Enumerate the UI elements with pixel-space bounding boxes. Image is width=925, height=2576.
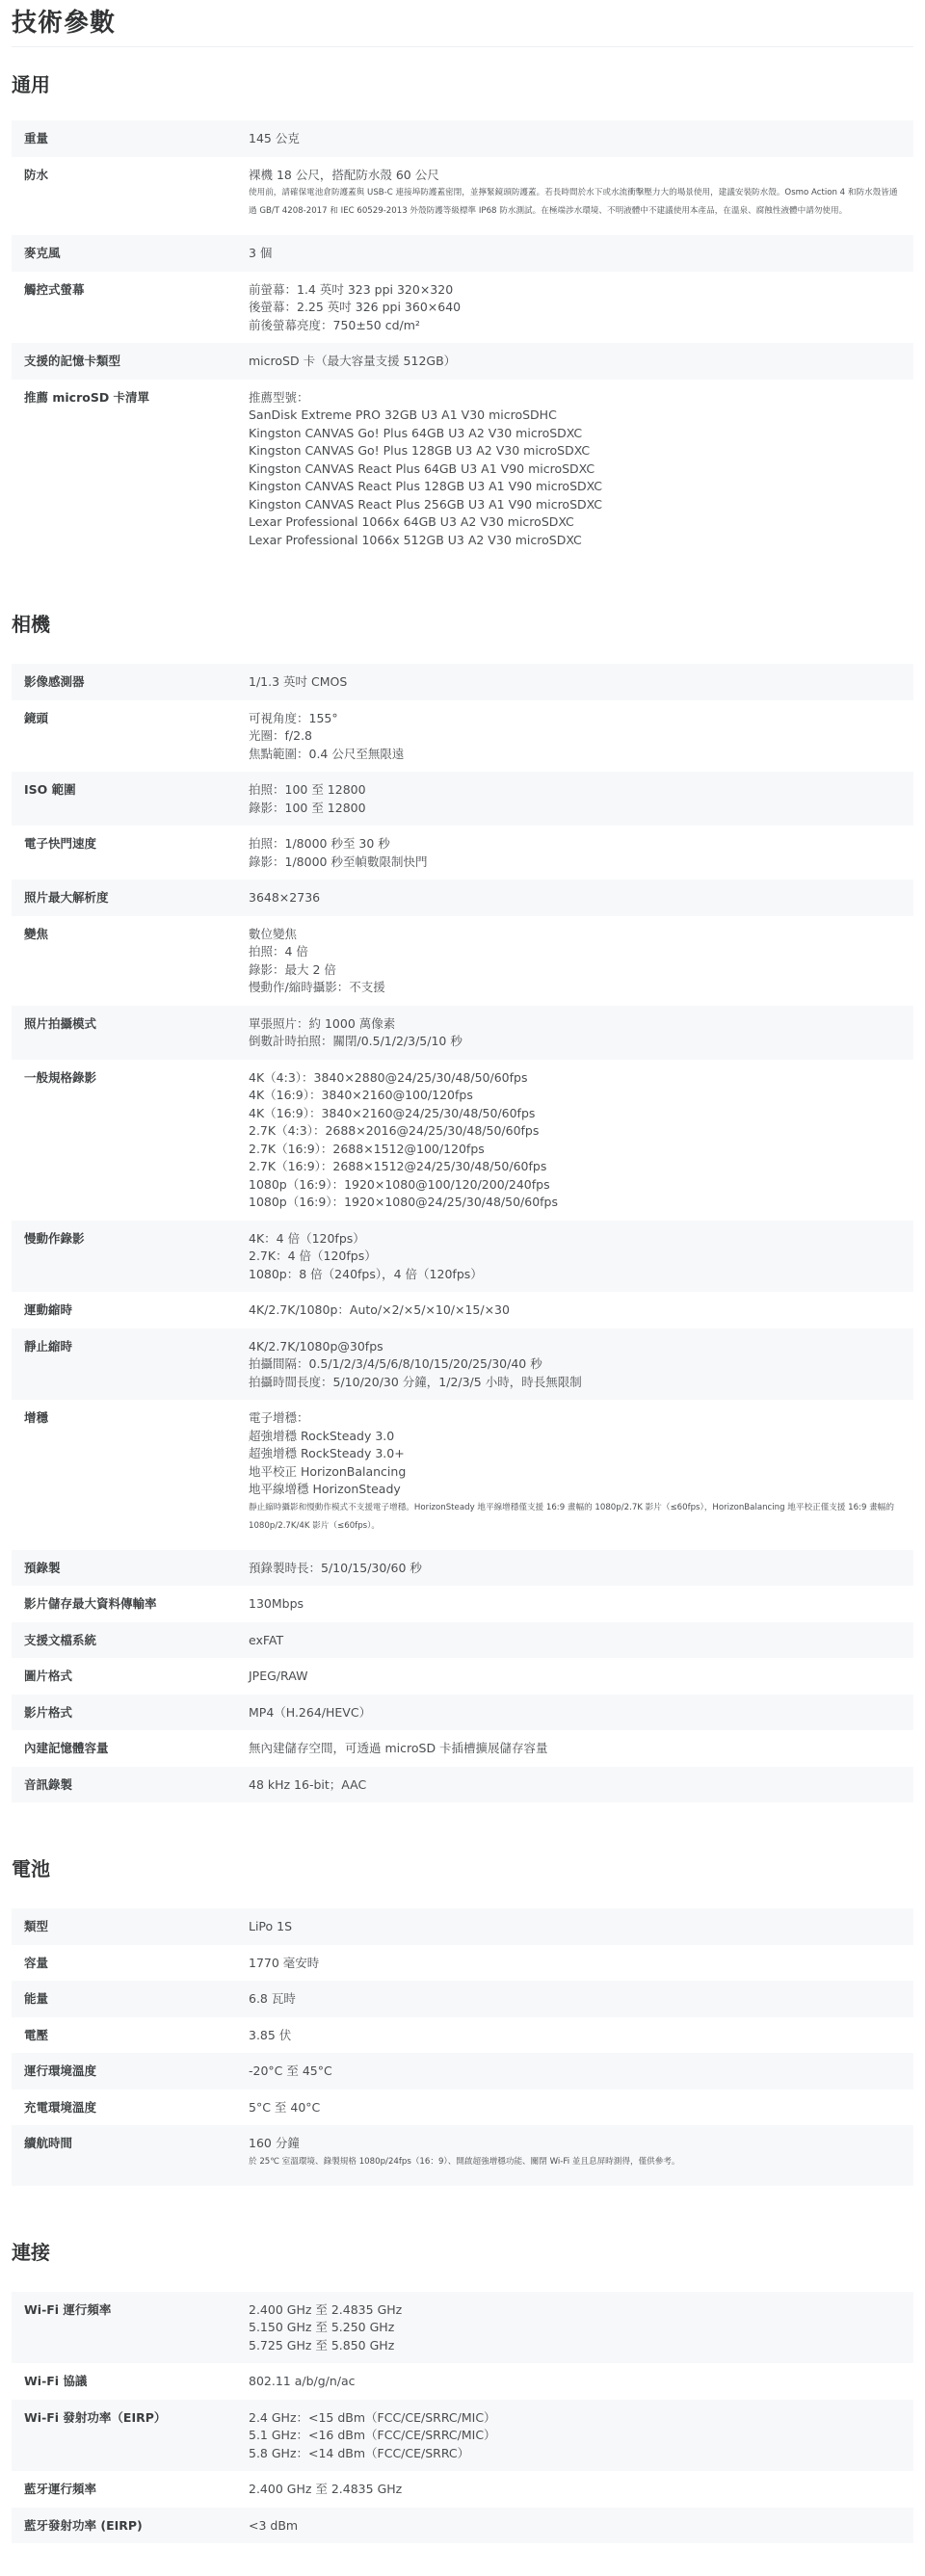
spec-values: 3 個	[249, 245, 913, 263]
spec-row: 靜止縮時 4K/2.7K/1080p@30fps拍攝間隔：0.5/1/2/3/4…	[12, 1328, 913, 1401]
spec-value-line: 130Mbps	[249, 1595, 898, 1614]
spec-row: 藍牙運行頻率 2.400 GHz 至 2.4835 GHz	[12, 2471, 913, 2508]
spec-table: 影像感測器 1/1.3 英吋 CMOS 鏡頭 可視角度：155°光圈：f/2.8…	[12, 664, 913, 1802]
spec-row: 觸控式螢幕 前螢幕：1.4 英吋 323 ppi 320×320後螢幕：2.25…	[12, 272, 913, 344]
spec-label: 圖片格式	[12, 1668, 249, 1686]
spec-label: Wi-Fi 運行頻率	[12, 2301, 249, 2355]
spec-row: 支援的記憶卡類型 microSD 卡（最大容量支援 512GB）	[12, 343, 913, 380]
spec-values: <3 dBm	[249, 2517, 913, 2536]
spec-row: 麥克風 3 個	[12, 235, 913, 272]
section-title: 通用	[12, 47, 913, 120]
spec-value-line: 2.4 GHz：<15 dBm（FCC/CE/SRRC/MIC）	[249, 2409, 898, 2428]
spec-footnote: 使用前，請確保電池倉防護蓋與 USB-C 連接埠防護蓋密閉，並擰緊鏡頭防護蓋。若…	[249, 184, 898, 226]
spec-value-line: 3648×2736	[249, 889, 898, 907]
spec-values: MP4（H.264/HEVC）	[249, 1704, 913, 1722]
spec-label: 藍牙發射功率 (EIRP)	[12, 2517, 249, 2536]
spec-section-connectivity: 連接 Wi-Fi 運行頻率 2.400 GHz 至 2.4835 GHz5.15…	[12, 2219, 913, 2544]
spec-value-line: 3 個	[249, 245, 898, 263]
spec-value-line: 錄影：100 至 12800	[249, 800, 898, 818]
spec-row: 影像感測器 1/1.3 英吋 CMOS	[12, 664, 913, 700]
spec-value-line: 拍照：100 至 12800	[249, 781, 898, 800]
spec-values: 1770 毫安時	[249, 1955, 913, 1973]
spec-value-line: 6.8 瓦時	[249, 1990, 898, 2009]
spec-value-line: 數位變焦	[249, 926, 898, 944]
spec-label: 靜止縮時	[12, 1338, 249, 1392]
spec-value-line: 2.7K（4:3）：2688×2016@24/25/30/48/50/60fps	[249, 1122, 898, 1141]
spec-label: 影片儲存最大資料傳輸率	[12, 1595, 249, 1614]
spec-values: 6.8 瓦時	[249, 1990, 913, 2009]
spec-value-line: 4K/2.7K/1080p：Auto/×2/×5/×10/×15/×30	[249, 1301, 898, 1320]
spec-values: 預錄製時長：5/10/15/30/60 秒	[249, 1560, 913, 1578]
spec-row: Wi-Fi 協議 802.11 a/b/g/n/ac	[12, 2363, 913, 2400]
spec-value-line: 地平校正 HorizonBalancing	[249, 1463, 898, 1482]
spec-row: 照片拍攝模式 單張照片：約 1000 萬像素倒數計時拍照：關閉/0.5/1/2/…	[12, 1006, 913, 1060]
spec-value-line: 拍照：1/8000 秒至 30 秒	[249, 835, 898, 854]
spec-value-line: 無內建儲存空間，可透過 microSD 卡插槽擴展儲存容量	[249, 1740, 898, 1758]
spec-values: 5°C 至 40°C	[249, 2099, 913, 2117]
spec-values: 裸機 18 公尺，搭配防水殼 60 公尺使用前，請確保電池倉防護蓋與 USB-C…	[249, 167, 913, 227]
spec-value-line: 預錄製時長：5/10/15/30/60 秒	[249, 1560, 898, 1578]
spec-values: 單張照片：約 1000 萬像素倒數計時拍照：關閉/0.5/1/2/3/5/10 …	[249, 1015, 913, 1051]
spec-values: 拍照：100 至 12800錄影：100 至 12800	[249, 781, 913, 817]
spec-value-line: Kingston CANVAS Go! Plus 128GB U3 A2 V30…	[249, 442, 898, 460]
spec-value-line: Lexar Professional 1066x 512GB U3 A2 V30…	[249, 532, 898, 550]
spec-value-line: 2.7K（16:9）：2688×1512@100/120fps	[249, 1141, 898, 1159]
spec-value-line: 48 kHz 16-bit；AAC	[249, 1776, 898, 1795]
spec-value-line: 電子增穩：	[249, 1409, 898, 1428]
spec-row: 支援文檔系統 exFAT	[12, 1622, 913, 1659]
spec-values: 4K/2.7K/1080p@30fps拍攝間隔：0.5/1/2/3/4/5/6/…	[249, 1338, 913, 1392]
spec-row: 充電環境溫度 5°C 至 40°C	[12, 2090, 913, 2126]
spec-label: 容量	[12, 1955, 249, 1973]
spec-value-line: Kingston CANVAS React Plus 128GB U3 A1 V…	[249, 478, 898, 496]
spec-value-line: 5.150 GHz 至 5.250 GHz	[249, 2319, 898, 2337]
spec-values: LiPo 1S	[249, 1918, 913, 1936]
spec-values: 4K（4:3）：3840×2880@24/25/30/48/50/60fps4K…	[249, 1069, 913, 1212]
spec-value-line: 4K/2.7K/1080p@30fps	[249, 1338, 898, 1356]
spec-row: 一般規格錄影 4K（4:3）：3840×2880@24/25/30/48/50/…	[12, 1060, 913, 1221]
spec-value-line: 1080p（16:9）：1920×1080@100/120/200/240fps	[249, 1176, 898, 1195]
spec-footnote: 於 25℃ 室溫環境、錄製規格 1080p/24fps（16：9）、開啟超強增穩…	[249, 2153, 898, 2177]
spec-value-line: -20°C 至 45°C	[249, 2063, 898, 2081]
spec-table: 重量 145 公克 防水 裸機 18 公尺，搭配防水殼 60 公尺使用前，請確保…	[12, 120, 913, 558]
spec-value-line: microSD 卡（最大容量支援 512GB）	[249, 353, 898, 371]
spec-row: 能量 6.8 瓦時	[12, 1981, 913, 2017]
spec-value-line: exFAT	[249, 1632, 898, 1650]
spec-page: 技術參數 通用 重量 145 公克 防水 裸機 18 公尺，搭配防水殼 60 公…	[0, 0, 925, 2543]
spec-row: 圖片格式 JPEG/RAW	[12, 1658, 913, 1695]
spec-row: 電壓 3.85 伏	[12, 2017, 913, 2054]
spec-values: 2.4 GHz：<15 dBm（FCC/CE/SRRC/MIC）5.1 GHz：…	[249, 2409, 913, 2463]
spec-row: 電子快門速度 拍照：1/8000 秒至 30 秒錄影：1/8000 秒至幀數限制…	[12, 826, 913, 880]
spec-label: 鏡頭	[12, 710, 249, 764]
spec-label: Wi-Fi 協議	[12, 2373, 249, 2391]
spec-value-line: 2.7K（16:9）：2688×1512@24/25/30/48/50/60fp…	[249, 1158, 898, 1176]
spec-value-line: 4K（16:9）：3840×2160@24/25/30/48/50/60fps	[249, 1105, 898, 1123]
spec-label: 照片拍攝模式	[12, 1015, 249, 1051]
spec-value-line: 拍攝間隔：0.5/1/2/3/4/5/6/8/10/15/20/25/30/40…	[249, 1355, 898, 1374]
spec-row: Wi-Fi 發射功率（EIRP） 2.4 GHz：<15 dBm（FCC/CE/…	[12, 2400, 913, 2472]
spec-value-line: 推薦型號：	[249, 389, 898, 407]
spec-row: 類型 LiPo 1S	[12, 1908, 913, 1945]
spec-value-line: <3 dBm	[249, 2517, 898, 2536]
spec-values: 拍照：1/8000 秒至 30 秒錄影：1/8000 秒至幀數限制快門	[249, 835, 913, 871]
spec-row: 藍牙發射功率 (EIRP) <3 dBm	[12, 2508, 913, 2544]
spec-value-line: 3.85 伏	[249, 2027, 898, 2045]
spec-value-line: 拍攝時間長度：5/10/20/30 分鐘，1/2/3/5 小時，時長無限制	[249, 1374, 898, 1392]
spec-label: 音訊錄製	[12, 1776, 249, 1795]
spec-row: 容量 1770 毫安時	[12, 1945, 913, 1982]
spec-value-line: 2.400 GHz 至 2.4835 GHz	[249, 2301, 898, 2320]
spec-value-line: MP4（H.264/HEVC）	[249, 1704, 898, 1722]
spec-label: 運行環境溫度	[12, 2063, 249, 2081]
spec-row: 變焦 數位變焦拍照：4 倍錄影：最大 2 倍慢動作/縮時攝影：不支援	[12, 916, 913, 1006]
spec-row: 防水 裸機 18 公尺，搭配防水殼 60 公尺使用前，請確保電池倉防護蓋與 US…	[12, 157, 913, 236]
spec-label: 慢動作錄影	[12, 1230, 249, 1284]
spec-values: 48 kHz 16-bit；AAC	[249, 1776, 913, 1795]
spec-values: 4K：4 倍（120fps）2.7K：4 倍（120fps）1080p：8 倍（…	[249, 1230, 913, 1284]
spec-label: 防水	[12, 167, 249, 227]
spec-label: 藍牙運行頻率	[12, 2481, 249, 2499]
spec-table: 類型 LiPo 1S 容量 1770 毫安時 能量 6.8 瓦時 電壓 3.85…	[12, 1908, 913, 2186]
spec-value-line: 1080p：8 倍（240fps），4 倍（120fps）	[249, 1266, 898, 1284]
spec-row: 影片儲存最大資料傳輸率 130Mbps	[12, 1586, 913, 1622]
spec-label: 影像感測器	[12, 673, 249, 692]
spec-section-camera: 相機 影像感測器 1/1.3 英吋 CMOS 鏡頭 可視角度：155°光圈：f/…	[12, 591, 913, 1802]
spec-value-line: 1/1.3 英吋 CMOS	[249, 673, 898, 692]
spec-label: 充電環境溫度	[12, 2099, 249, 2117]
spec-values: 2.400 GHz 至 2.4835 GHz	[249, 2481, 913, 2499]
spec-value-line: 單張照片：約 1000 萬像素	[249, 1015, 898, 1034]
spec-value-line: 4K：4 倍（120fps）	[249, 1230, 898, 1249]
spec-label: 電壓	[12, 2027, 249, 2045]
spec-value-line: 慢動作/縮時攝影：不支援	[249, 979, 898, 997]
spec-label: 支援的記憶卡類型	[12, 353, 249, 371]
spec-value-line: 錄影：最大 2 倍	[249, 961, 898, 980]
spec-label: ISO 範圍	[12, 781, 249, 817]
spec-values: 推薦型號：SanDisk Extreme PRO 32GB U3 A1 V30 …	[249, 389, 913, 550]
spec-label: 內建記憶體容量	[12, 1740, 249, 1758]
spec-value-line: 後螢幕：2.25 英吋 326 ppi 360×640	[249, 299, 898, 317]
spec-label: 類型	[12, 1918, 249, 1936]
spec-label: 預錄製	[12, 1560, 249, 1578]
spec-values: 160 分鐘於 25℃ 室溫環境、錄製規格 1080p/24fps（16：9）、…	[249, 2135, 913, 2177]
spec-value-line: 拍照：4 倍	[249, 943, 898, 961]
spec-row: Wi-Fi 運行頻率 2.400 GHz 至 2.4835 GHz5.150 G…	[12, 2292, 913, 2364]
spec-values: microSD 卡（最大容量支援 512GB）	[249, 353, 913, 371]
spec-values: JPEG/RAW	[249, 1668, 913, 1686]
spec-sections: 通用 重量 145 公克 防水 裸機 18 公尺，搭配防水殼 60 公尺使用前，…	[12, 47, 913, 2543]
spec-value-line: JPEG/RAW	[249, 1668, 898, 1686]
spec-row: 運行環境溫度 -20°C 至 45°C	[12, 2053, 913, 2090]
spec-row: 續航時間 160 分鐘於 25℃ 室溫環境、錄製規格 1080p/24fps（1…	[12, 2125, 913, 2186]
page-title: 技術參數	[12, 0, 913, 46]
spec-value-line: 4K（16:9）：3840×2160@100/120fps	[249, 1087, 898, 1105]
spec-value-line: 2.7K：4 倍（120fps）	[249, 1248, 898, 1266]
spec-label: 能量	[12, 1990, 249, 2009]
spec-row: 預錄製 預錄製時長：5/10/15/30/60 秒	[12, 1550, 913, 1587]
spec-values: 130Mbps	[249, 1595, 913, 1614]
spec-values: 3648×2736	[249, 889, 913, 907]
spec-row: 影片格式 MP4（H.264/HEVC）	[12, 1695, 913, 1731]
spec-value-line: 地平線增穩 HorizonSteady	[249, 1481, 898, 1499]
spec-value-line: 錄影：1/8000 秒至幀數限制快門	[249, 854, 898, 872]
spec-table: Wi-Fi 運行頻率 2.400 GHz 至 2.4835 GHz5.150 G…	[12, 2292, 913, 2544]
spec-label: 續航時間	[12, 2135, 249, 2177]
spec-row: 鏡頭 可視角度：155°光圈：f/2.8焦點範圍：0.4 公尺至無限遠	[12, 700, 913, 773]
spec-value-line: 5.8 GHz：<14 dBm（FCC/CE/SRRC）	[249, 2445, 898, 2463]
spec-values: exFAT	[249, 1632, 913, 1650]
spec-values: 數位變焦拍照：4 倍錄影：最大 2 倍慢動作/縮時攝影：不支援	[249, 926, 913, 997]
section-title: 相機	[12, 591, 913, 664]
spec-value-line: 裸機 18 公尺，搭配防水殼 60 公尺	[249, 167, 898, 185]
spec-value-line: Kingston CANVAS React Plus 64GB U3 A1 V9…	[249, 460, 898, 479]
spec-value-line: Kingston CANVAS Go! Plus 64GB U3 A2 V30 …	[249, 425, 898, 443]
spec-label: 照片最大解析度	[12, 889, 249, 907]
section-title: 連接	[12, 2219, 913, 2292]
spec-value-line: 2.400 GHz 至 2.4835 GHz	[249, 2481, 898, 2499]
spec-label: 電子快門速度	[12, 835, 249, 871]
spec-label: 運動縮時	[12, 1301, 249, 1320]
spec-value-line: LiPo 1S	[249, 1918, 898, 1936]
spec-value-line: 5.725 GHz 至 5.850 GHz	[249, 2337, 898, 2355]
spec-value-line: Lexar Professional 1066x 64GB U3 A2 V30 …	[249, 513, 898, 532]
spec-values: -20°C 至 45°C	[249, 2063, 913, 2081]
spec-values: 電子增穩：超強增穩 RockSteady 3.0超強增穩 RockSteady …	[249, 1409, 913, 1541]
spec-values: 1/1.3 英吋 CMOS	[249, 673, 913, 692]
spec-values: 2.400 GHz 至 2.4835 GHz5.150 GHz 至 5.250 …	[249, 2301, 913, 2355]
spec-label: 增穩	[12, 1409, 249, 1541]
spec-values: 無內建儲存空間，可透過 microSD 卡插槽擴展儲存容量	[249, 1740, 913, 1758]
spec-label: 變焦	[12, 926, 249, 997]
spec-label: 麥克風	[12, 245, 249, 263]
spec-values: 可視角度：155°光圈：f/2.8焦點範圍：0.4 公尺至無限遠	[249, 710, 913, 764]
spec-section-general: 通用 重量 145 公克 防水 裸機 18 公尺，搭配防水殼 60 公尺使用前，…	[12, 47, 913, 558]
spec-value-line: 可視角度：155°	[249, 710, 898, 728]
spec-values: 4K/2.7K/1080p：Auto/×2/×5/×10/×15/×30	[249, 1301, 913, 1320]
spec-values: 前螢幕：1.4 英吋 323 ppi 320×320後螢幕：2.25 英吋 32…	[249, 281, 913, 335]
spec-row: ISO 範圍 拍照：100 至 12800錄影：100 至 12800	[12, 772, 913, 826]
spec-row: 慢動作錄影 4K：4 倍（120fps）2.7K：4 倍（120fps）1080…	[12, 1221, 913, 1293]
spec-value-line: 160 分鐘	[249, 2135, 898, 2153]
spec-value-line: 倒數計時拍照：關閉/0.5/1/2/3/5/10 秒	[249, 1033, 898, 1051]
spec-value-line: 光圈：f/2.8	[249, 727, 898, 746]
spec-label: 推薦 microSD 卡清單	[12, 389, 249, 550]
spec-label: 重量	[12, 130, 249, 148]
spec-value-line: 焦點範圍：0.4 公尺至無限遠	[249, 746, 898, 764]
spec-value-line: 1770 毫安時	[249, 1955, 898, 1973]
spec-value-line: 802.11 a/b/g/n/ac	[249, 2373, 898, 2391]
spec-values: 3.85 伏	[249, 2027, 913, 2045]
spec-label: 影片格式	[12, 1704, 249, 1722]
spec-value-line: 4K（4:3）：3840×2880@24/25/30/48/50/60fps	[249, 1069, 898, 1088]
spec-section-battery: 電池 類型 LiPo 1S 容量 1770 毫安時 能量 6.8 瓦時 電壓 3…	[12, 1835, 913, 2186]
spec-value-line: 5°C 至 40°C	[249, 2099, 898, 2117]
spec-row: 照片最大解析度 3648×2736	[12, 880, 913, 916]
spec-values: 145 公克	[249, 130, 913, 148]
spec-value-line: 前後螢幕亮度：750±50 cd/m²	[249, 317, 898, 335]
spec-row: 推薦 microSD 卡清單 推薦型號：SanDisk Extreme PRO …	[12, 380, 913, 559]
spec-label: Wi-Fi 發射功率（EIRP）	[12, 2409, 249, 2463]
spec-row: 重量 145 公克	[12, 120, 913, 157]
spec-value-line: SanDisk Extreme PRO 32GB U3 A1 V30 micro…	[249, 407, 898, 425]
spec-value-line: Kingston CANVAS React Plus 256GB U3 A1 V…	[249, 496, 898, 514]
spec-footnote: 靜止縮時攝影和慢動作模式不支援電子增穩。HorizonSteady 地平線增穩僅…	[249, 1499, 898, 1541]
spec-row: 內建記憶體容量 無內建儲存空間，可透過 microSD 卡插槽擴展儲存容量	[12, 1730, 913, 1767]
spec-row: 音訊錄製 48 kHz 16-bit；AAC	[12, 1767, 913, 1803]
spec-value-line: 5.1 GHz：<16 dBm（FCC/CE/SRRC/MIC）	[249, 2427, 898, 2445]
spec-value-line: 超強增穩 RockSteady 3.0	[249, 1428, 898, 1446]
spec-row: 增穩 電子增穩：超強增穩 RockSteady 3.0超強增穩 RockStea…	[12, 1400, 913, 1550]
spec-value-line: 超強增穩 RockSteady 3.0+	[249, 1445, 898, 1463]
section-title: 電池	[12, 1835, 913, 1908]
spec-label: 觸控式螢幕	[12, 281, 249, 335]
spec-label: 支援文檔系統	[12, 1632, 249, 1650]
spec-row: 運動縮時 4K/2.7K/1080p：Auto/×2/×5/×10/×15/×3…	[12, 1292, 913, 1328]
spec-value-line: 145 公克	[249, 130, 898, 148]
spec-value-line: 1080p（16:9）：1920×1080@24/25/30/48/50/60f…	[249, 1194, 898, 1212]
spec-label: 一般規格錄影	[12, 1069, 249, 1212]
spec-value-line: 前螢幕：1.4 英吋 323 ppi 320×320	[249, 281, 898, 300]
spec-values: 802.11 a/b/g/n/ac	[249, 2373, 913, 2391]
